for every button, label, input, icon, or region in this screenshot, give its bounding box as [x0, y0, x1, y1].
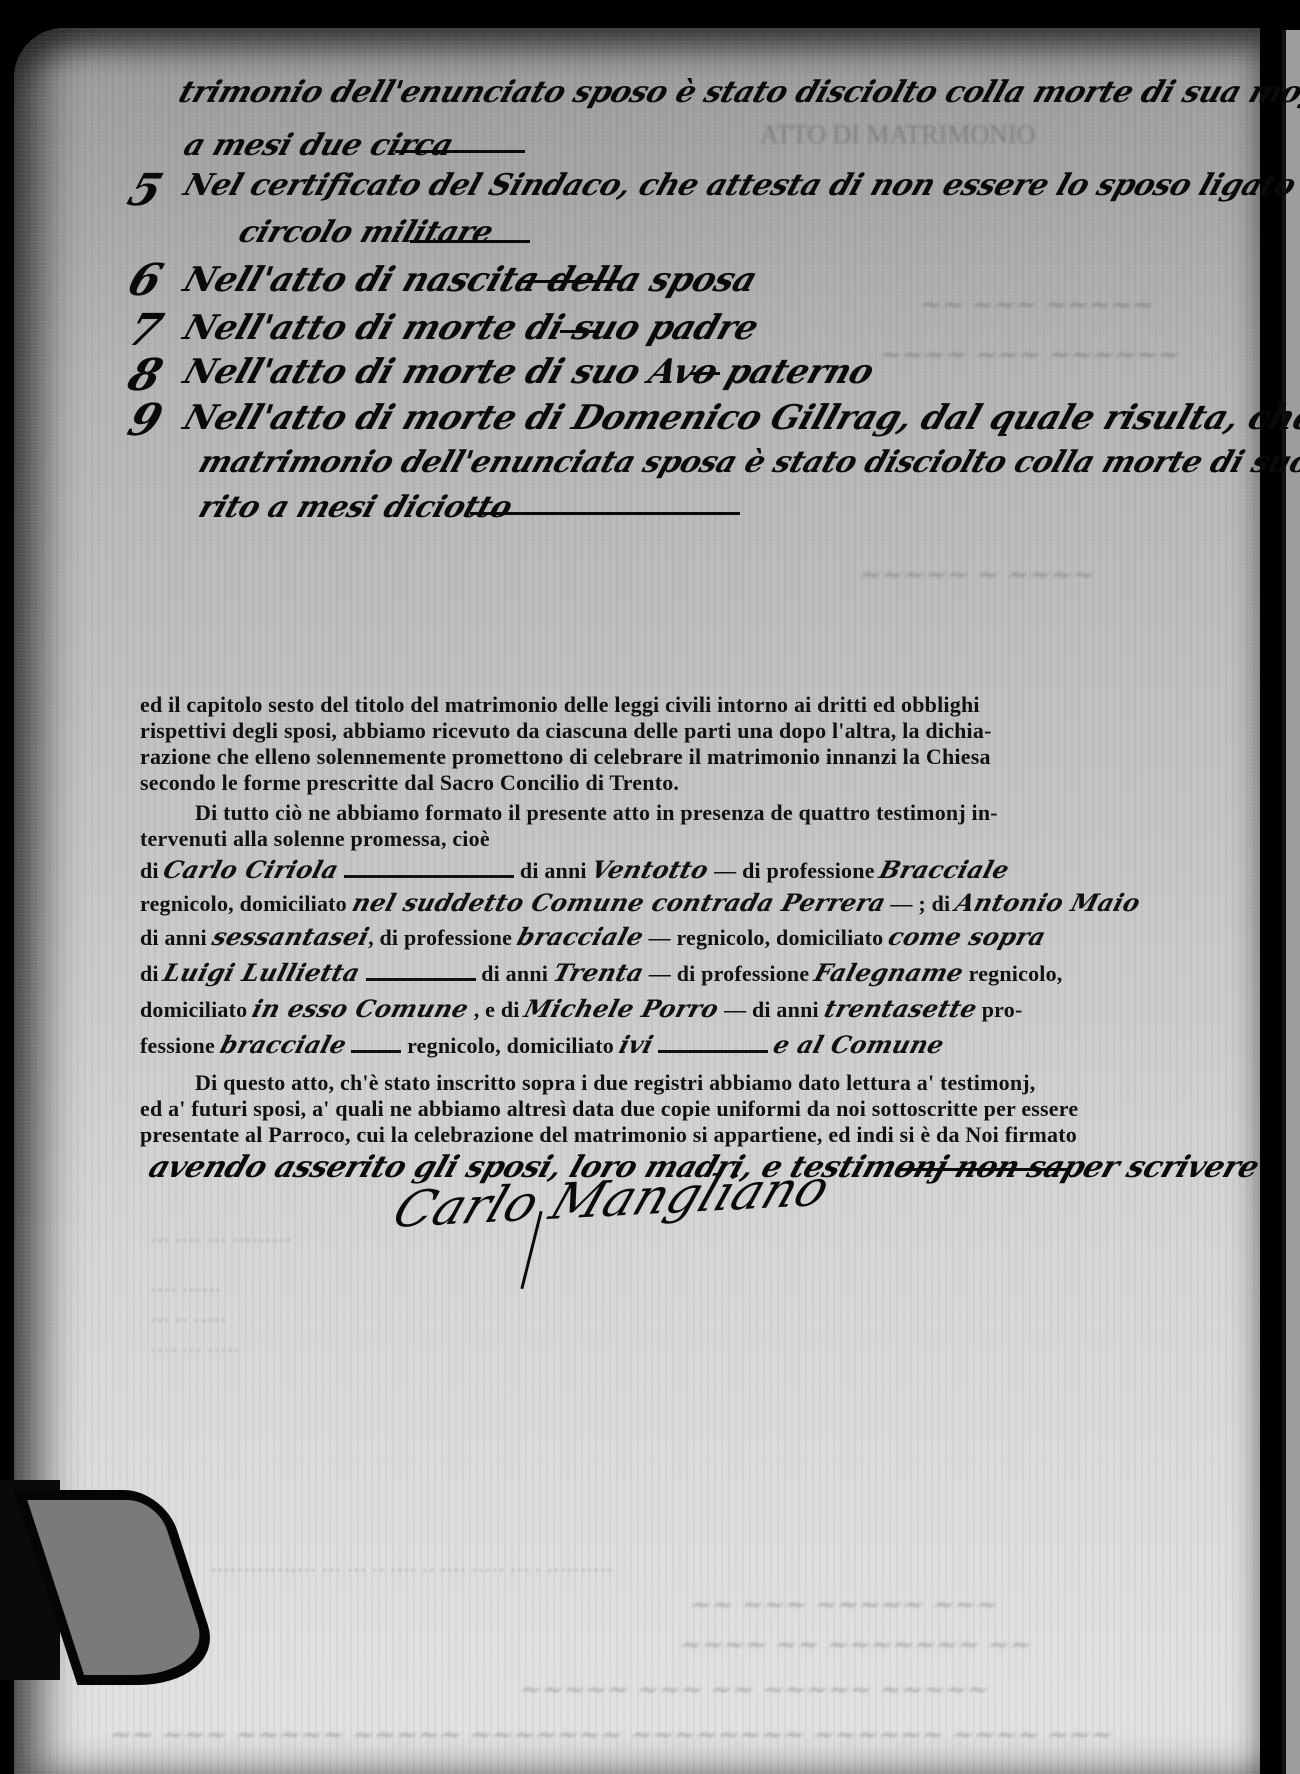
witness-row-3b: domiciliato in esso Comune , e di Michel…	[140, 994, 1022, 1023]
label-domiciliato: domiciliato	[776, 925, 883, 950]
label-di-professione: di professione	[677, 961, 810, 986]
witness-4-domicile: ivi	[616, 1030, 657, 1059]
printed-para1-line4: secondo le forme prescritte dal Sacro Co…	[140, 770, 679, 796]
witness-4-trailing: e al Comune	[770, 1030, 947, 1059]
handwritten-continuation-1: trimonio dell'enunciato sposo è stato di…	[174, 75, 1300, 110]
witness-row-1b: regnicolo, domiciliato nel suddetto Comu…	[140, 888, 1140, 917]
item-9-text: Nell'atto di morte di Domenico Gillrag, …	[179, 398, 1300, 438]
item-6-text: Nell'atto di nascita della sposa	[179, 260, 762, 300]
bleedthrough-handwriting: ~~~~~ ~~~ ~~ ~~~~~ ~~~~~	[516, 1675, 993, 1705]
fill-line	[560, 330, 600, 333]
binding-gutter-line	[1282, 30, 1286, 1774]
item-5-continuation: circolo militare	[234, 215, 497, 250]
printed-para2-line1: Di tutto ciò ne abbiamo formato il prese…	[195, 800, 998, 826]
label-regnicolo: regnicolo,	[676, 925, 770, 950]
label-domiciliato: domiciliato	[507, 1033, 614, 1058]
item-9-continuation-2: rito a mesi diciotto	[194, 490, 516, 525]
bleedthrough-handwriting: ~~ ~~~ ~~~~~ ~~~	[686, 1590, 1002, 1620]
adjacent-page-edge	[1286, 30, 1300, 1774]
item-7-text: Nell'atto di morte di suo padre	[179, 308, 764, 348]
witness-1-age: Ventotto	[589, 855, 713, 884]
bleedthrough-text: ··· ···· ··· ·········	[150, 1230, 292, 1253]
label-di-anni: di anni	[520, 858, 587, 883]
witness-2-age: sessantasei	[209, 922, 372, 951]
printed-para2-line2: tervenuti alla solenne promessa, cioè	[140, 826, 490, 852]
witness-4-profession: bracciale	[217, 1030, 350, 1059]
label-fessione: fessione	[140, 1033, 215, 1058]
witness-2-name: Antonio Maio	[952, 888, 1144, 917]
bleedthrough-text: ··· ·· ·····	[150, 1310, 227, 1333]
bleedthrough-text: ···· ······	[150, 1280, 222, 1303]
label-di: di	[140, 858, 159, 883]
bleedthrough-handwriting: ~~ ~~~ ~~~~~	[916, 290, 1158, 320]
printed-para3-line2: ed a' futuri sposi, a' quali ne abbiamo …	[140, 1096, 1078, 1122]
bleedthrough-handwriting: ~~ ~~~ ~~~~~ ~~~~~ ~~~~~~~ ~~~~~~~~ ~~~~…	[106, 1720, 1117, 1750]
witness-2-domicile: come sopra	[885, 922, 1049, 951]
witness-1-profession: Bracciale	[876, 855, 1012, 884]
witness-3-name: Luigi Lullietta	[161, 958, 364, 987]
label-pro: pro-	[982, 997, 1023, 1022]
witness-row-1: di Carlo Ciriola di anni Ventotto — di p…	[140, 855, 1009, 884]
fill-line	[900, 1168, 1070, 1171]
witness-4-name: Michele Porro	[521, 994, 722, 1023]
fill-line	[410, 240, 530, 243]
label-di: di	[140, 961, 159, 986]
bleedthrough-handwriting: ~~~~ ~~~ ~~~~~~	[876, 340, 1184, 370]
label-di-professione: di professione	[742, 858, 875, 883]
label-e-di: , e di	[474, 997, 520, 1022]
fill-line	[344, 875, 514, 878]
label-di-anni: di anni	[752, 997, 819, 1022]
bleedthrough-handwriting: ~~~~ ~~ ~~~~~~~ ~~	[676, 1630, 1036, 1660]
handwritten-continuation-2: a mesi due circa	[179, 128, 457, 163]
witness-1-name: Carlo Ciriola	[161, 855, 343, 884]
witness-row-4: fessione bracciale regnicolo, domiciliat…	[140, 1030, 943, 1059]
printed-para3-line1: Di questo atto, ch'è stato inscritto sop…	[195, 1070, 1035, 1096]
label-di-anni: di anni	[140, 925, 207, 950]
label-di-professione: di professione	[380, 925, 513, 950]
label-di-anni: di anni	[481, 961, 548, 986]
printed-para1-line3: razione che elleno solennemente prometto…	[140, 744, 991, 770]
witness-3-profession: Falegname	[811, 958, 967, 987]
witness-2-profession: bracciale	[514, 922, 647, 951]
bleedthrough-text: ················ ··· ··· ·· ···· ·· ····…	[210, 1560, 613, 1583]
witness-4-age: trentasette	[821, 994, 980, 1023]
label-domiciliato: domiciliato	[140, 997, 247, 1022]
label-regnicolo: regnicolo,	[407, 1033, 501, 1058]
fill-line	[366, 978, 476, 981]
bleedthrough-handwriting: ~~~~~ ~ ~~~~	[856, 560, 1098, 590]
printed-para3-line3: presentate al Parroco, cui la celebrazio…	[140, 1122, 1077, 1148]
witness-3-age: Trenta	[550, 958, 647, 987]
label-domiciliato: domiciliato	[240, 891, 347, 916]
label-regnicolo: regnicolo,	[140, 891, 234, 916]
fill-line	[658, 1050, 768, 1053]
item-8-text: Nell'atto di morte di suo Avo paterno	[179, 352, 879, 392]
fill-line	[520, 280, 620, 283]
bleedthrough-text: ···· ··· ·····	[150, 1340, 240, 1363]
label-regnicolo: regnicolo,	[969, 961, 1063, 986]
witness-3-domicile: in esso Comune	[249, 994, 472, 1023]
item-5-text: Nel certificato del Sindaco, che attesta…	[179, 168, 1300, 203]
fill-line	[470, 512, 740, 515]
label-di: di	[932, 891, 951, 916]
printed-para1-line1: ed il capitolo sesto del titolo del matr…	[140, 692, 980, 718]
printed-para1-line2: rispettivi degli sposi, abbiamo ricevuto…	[140, 718, 992, 744]
fill-line	[351, 1050, 401, 1053]
item-9-continuation: matrimonio dell'enunciata sposa è stato …	[194, 445, 1300, 480]
fill-line	[395, 150, 525, 153]
fill-line	[690, 372, 720, 375]
witness-row-2: di anni sessantasei, di professione brac…	[140, 922, 1045, 951]
witness-row-3: di Luigi Lullietta di anni Trenta — di p…	[140, 958, 1062, 987]
witness-1-domicile: nel suddetto Comune contrada Perrera	[349, 888, 889, 917]
bleedthrough-text: ATTO DI MATRIMONIO	[760, 120, 1035, 150]
